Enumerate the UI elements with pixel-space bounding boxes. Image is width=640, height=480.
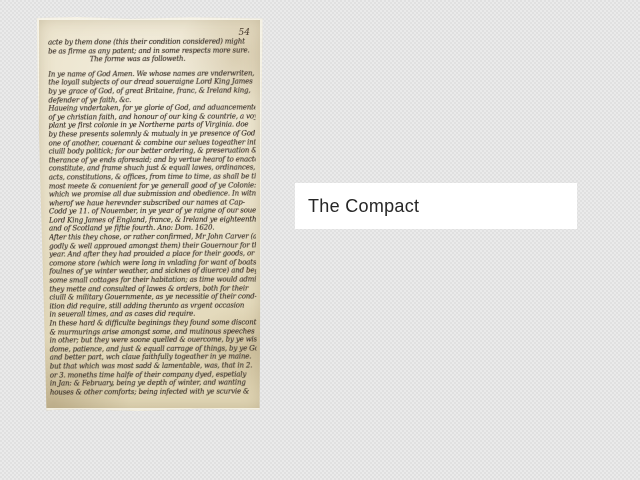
manuscript-line: houses & other comforts; being infected … [50,387,257,397]
manuscript-image[interactable]: 54 acte by them done (this their conditi… [36,17,263,411]
manuscript-lines: acte by them done (this their condition … [48,37,257,403]
title-text-box[interactable]: The Compact [295,183,577,229]
title-label: The Compact [308,196,419,217]
slide-canvas: 54 acte by them done (this their conditi… [0,0,640,480]
manuscript-line: The forme was as followeth. [48,55,255,65]
